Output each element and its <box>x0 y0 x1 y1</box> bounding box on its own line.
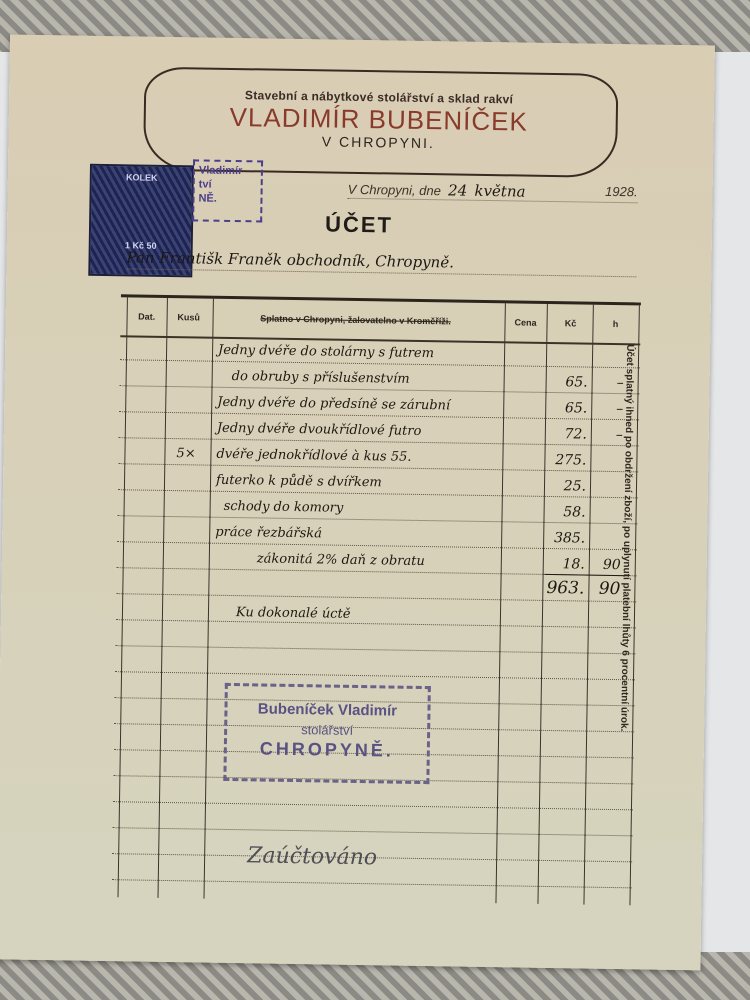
cancellation-stamp-line1: Vladimír <box>199 163 257 178</box>
total-h: 90 <box>590 579 620 599</box>
row-rule <box>113 801 633 810</box>
addressee: Pan Františk Franěk obchodník, Chropyně. <box>126 248 636 277</box>
company-stamp-line3: CHROPYNĚ. <box>227 738 427 762</box>
invoice-table: Dat. Kusů Splatno v Chropyni, žalovateln… <box>112 294 641 905</box>
booking-signature: Zaúčtováno <box>247 843 377 870</box>
line-item-kc: 275. <box>546 452 586 469</box>
line-item-description: futerko k půdě s dvířkem <box>216 473 382 491</box>
line-item-description: dvéře jednokřídlové à kus 55. <box>216 447 411 465</box>
line-item-description: schody do komory <box>224 499 344 516</box>
invoice-document: Stavební a nábytkové stolářství a sklad … <box>0 34 715 970</box>
table-header: Dat. Kusů Splatno v Chropyni, žalovateln… <box>120 301 641 345</box>
header-kc: Kč <box>550 318 590 329</box>
cancellation-stamp-line2: tví <box>199 177 257 192</box>
closing-note: Ku dokonalé úctě <box>236 605 351 622</box>
total-kc: 963. <box>536 578 584 599</box>
row-rule <box>116 619 636 628</box>
document-title: ÚČET <box>325 211 393 238</box>
header-price: Cena <box>506 317 546 328</box>
row-rule <box>115 645 635 654</box>
line-item-description: zákonitá 2% daň z obratu <box>257 551 425 569</box>
revenue-stamp-label: KOLEK <box>92 172 192 184</box>
company-stamp: Bubeníček Vladimír stolářství CHROPYNĚ. <box>223 683 431 784</box>
header-h: h <box>595 319 635 330</box>
line-item-description: práce řezbářská <box>215 525 322 542</box>
date-day: 24 <box>448 181 467 199</box>
column-divider <box>203 299 213 899</box>
date-year: 1928. <box>605 184 638 200</box>
row-rule <box>115 671 635 680</box>
row-rule <box>112 879 632 888</box>
date-line: V Chropyni, dne 24 května 1928. <box>348 180 638 204</box>
line-item-kc: 18. <box>545 556 585 573</box>
column-divider <box>118 297 128 897</box>
line-item-description: do obruby s příslušenstvím <box>232 369 410 387</box>
company-stamp-line2: stolářství <box>227 721 427 739</box>
header-date: Dat. <box>129 311 165 322</box>
line-item-kc: 385. <box>545 530 585 547</box>
total-rule <box>545 574 629 576</box>
column-divider <box>537 304 547 904</box>
line-item-h: – <box>593 401 623 417</box>
line-item-kc: 65. <box>547 400 587 417</box>
line-item-kc: 72. <box>547 426 587 443</box>
line-item-description: Jedny dvéře dvoukřídlové futro <box>217 421 422 439</box>
row-rule <box>120 359 640 368</box>
cancellation-stamp-line3: NĚ. <box>198 191 256 206</box>
line-item-kc: 65. <box>548 374 588 391</box>
line-item-kc: 25. <box>546 478 586 495</box>
line-item-kc: 58. <box>545 504 585 521</box>
line-item-h: – <box>594 375 624 391</box>
header-description: Splatno v Chropyni, žalovatelno v Kroměř… <box>221 313 491 327</box>
column-divider <box>495 303 505 903</box>
header-qty: Kusů <box>171 312 207 323</box>
line-item-qty: 5× <box>176 446 195 461</box>
row-rule <box>113 827 633 836</box>
company-stamp-line1: Bubeníček Vladimír <box>227 700 427 720</box>
column-divider <box>157 298 167 898</box>
line-item-description: Jedny dvéře do předsíně se zárubní <box>217 395 450 414</box>
line-item-description: Jedny dvéře do stolárny s futrem <box>218 343 434 361</box>
column-divider <box>583 305 593 905</box>
date-prefix: V Chropyni, dne <box>348 182 441 198</box>
cancellation-stamp: Vladimír tví NĚ. <box>192 159 263 222</box>
line-item-h: – <box>593 427 623 443</box>
date-month: května <box>474 182 525 201</box>
line-item-h: 90 <box>591 557 621 573</box>
